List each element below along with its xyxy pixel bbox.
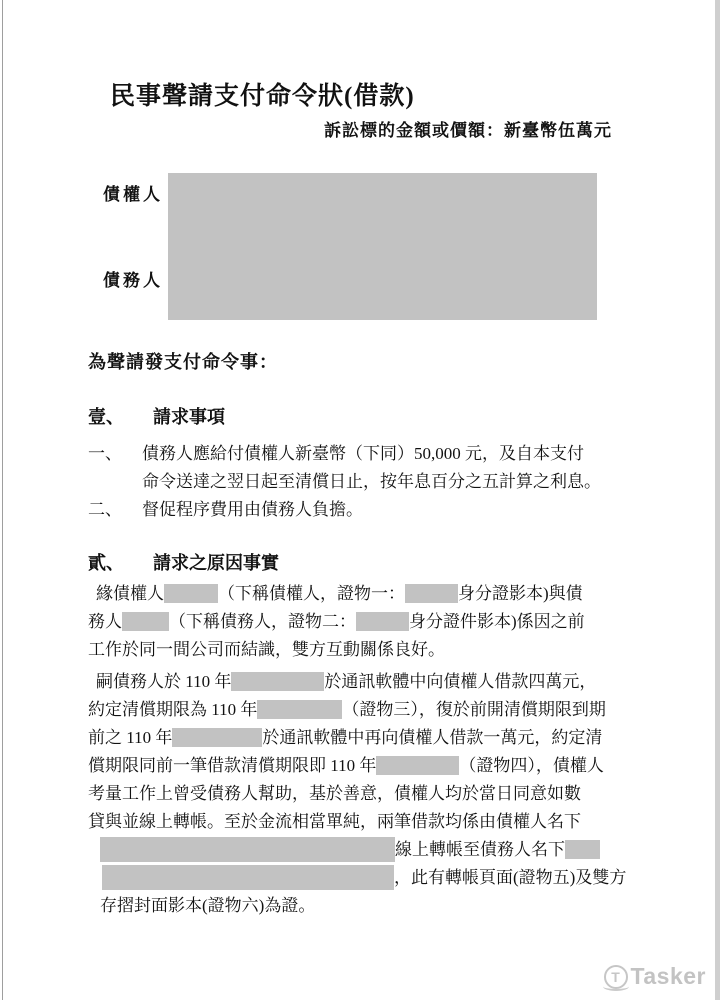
item2-marker: 二、: [88, 496, 142, 524]
tasker-brand-text: Tasker: [631, 963, 706, 990]
section2-marker: 貳、: [88, 551, 153, 575]
facts-paragraph-2: 嗣債務人於 110 年於通訊軟體中向債權人借款四萬元， 約定清償期限為 110 …: [88, 668, 648, 920]
redacted-text: [565, 840, 600, 859]
text-run: 償期限同前一筆借款清償期限即 110 年: [88, 756, 376, 775]
paragraph-line: 考量工作上曾受債務人幫助，基於善意，債權人均於當日同意如數: [88, 780, 648, 808]
section1-title: 請求事項: [153, 407, 225, 427]
redacted-text: [102, 865, 394, 890]
claim-item-1-line-2: 命令送達之翌日起至清償日止，按年息百分之五計算之利息。: [88, 468, 628, 496]
paragraph-line: 約定清償期限為 110 年（證物三），復於前開清償期限到期: [88, 696, 648, 724]
redacted-text: [356, 612, 409, 631]
text-run: （下稱債權人，證物一：: [218, 584, 405, 603]
paragraph-line: 嗣債務人於 110 年於通訊軟體中向債權人借款四萬元，: [88, 668, 648, 696]
redacted-text: [405, 584, 458, 603]
text-run: 約定清償期限為 110 年: [88, 700, 257, 719]
claim-amount-subtitle: 訴訟標的金額或價額：新臺幣伍萬元: [88, 119, 612, 143]
debtor-label: 債務人: [103, 266, 163, 291]
claim-item-1: 一、債務人應給付債權人新臺幣（下同）50,000 元，及自本支付 命令送達之翌日…: [88, 440, 628, 496]
text-run: ，此有轉帳頁面(證物五)及雙方: [394, 868, 626, 887]
parties-redacted-block: [168, 173, 597, 320]
text-run: 於通訊軟體中再向債權人借款一萬元，約定清: [262, 728, 602, 747]
text-run: 務人: [88, 612, 122, 631]
section1-marker: 壹、: [88, 405, 153, 429]
redacted-text: [376, 756, 459, 775]
claim-item-1-line-1: 一、債務人應給付債權人新臺幣（下同）50,000 元，及自本支付: [88, 440, 628, 468]
section2-title: 請求之原因事實: [153, 553, 279, 573]
paragraph-line: 線上轉帳至債務人名下: [88, 836, 648, 864]
parties-section: 債權人 債務人: [88, 173, 612, 320]
redacted-text: [257, 700, 342, 719]
text-run: （下稱債務人，證物二：: [169, 612, 356, 631]
document-title: 民事聲請支付命令狀(借款): [110, 80, 415, 114]
text-run: 嗣債務人於 110 年: [96, 672, 231, 691]
document-page: 民事聲請支付命令狀(借款) 訴訟標的金額或價額：新臺幣伍萬元 債權人 債務人 為…: [0, 0, 720, 1000]
paragraph-line: 務人（下稱債務人，證物二：身分證件影本)係因之前: [88, 608, 648, 636]
paragraph-line: 工作於同一間公司而結識，雙方互動關係良好。: [88, 636, 648, 664]
redacted-text: [231, 672, 324, 691]
redacted-text: [122, 612, 169, 631]
text-run: 身分證影本)與債: [458, 584, 583, 603]
text-run: （證物三），復於前開清償期限到期: [342, 700, 606, 719]
text-run: 命令送達之翌日起至清償日止，按年息百分之五計算之利息。: [142, 472, 601, 491]
paragraph-line: 緣債權人（下稱債權人，證物一：身分證影本)與債: [88, 580, 648, 608]
claim-item-2: 二、督促程序費用由債務人負擔。: [88, 496, 628, 524]
text-run: 債務人應給付債權人新臺幣（下同）50,000 元，及自本支付: [142, 444, 584, 463]
text-run: 前之 110 年: [88, 728, 172, 747]
redacted-text: [100, 837, 395, 862]
paragraph-line: 償期限同前一筆借款清償期限即 110 年（證物四），債權人: [88, 752, 648, 780]
page-edge-left: [2, 0, 3, 1000]
text-run: 緣債權人: [96, 584, 164, 603]
petition-preamble: 為聲請發支付命令事：: [88, 350, 278, 374]
page-edge-right: [715, 0, 720, 1000]
paragraph-line: 貸與並線上轉帳。至於金流相當單純，兩筆借款均係由債權人名下: [88, 808, 648, 836]
text-run: 考量工作上曾受債務人幫助，基於善意，債權人均於當日同意如數: [88, 784, 581, 803]
paragraph-line: 存摺封面影本(證物六)為證。: [88, 892, 648, 920]
claim-item-2-line-1: 二、督促程序費用由債務人負擔。: [88, 496, 628, 524]
text-run: 於通訊軟體中向債權人借款四萬元，: [324, 672, 596, 691]
section1-heading: 壹、請求事項: [88, 405, 225, 429]
redacted-text: [164, 584, 218, 603]
text-run: 身分證件影本)係因之前: [409, 612, 585, 631]
tasker-logo-icon: T: [604, 965, 628, 989]
tasker-watermark: T Tasker: [604, 963, 706, 990]
text-run: 貸與並線上轉帳。至於金流相當單純，兩筆借款均係由債權人名下: [88, 812, 581, 831]
section2-heading: 貳、請求之原因事實: [88, 551, 279, 575]
text-run: （證物四），債權人: [459, 756, 604, 775]
text-run: 督促程序費用由債務人負擔。: [142, 500, 363, 519]
text-run: 線上轉帳至債務人名下: [395, 840, 565, 859]
creditor-label: 債權人: [103, 180, 163, 205]
text-run: 存摺封面影本(證物六)為證。: [100, 896, 315, 915]
item1-marker: 一、: [88, 440, 142, 468]
paragraph-line: ，此有轉帳頁面(證物五)及雙方: [88, 864, 648, 892]
redacted-text: [172, 728, 262, 747]
paragraph-line: 前之 110 年於通訊軟體中再向債權人借款一萬元，約定清: [88, 724, 648, 752]
text-run: 工作於同一間公司而結識，雙方互動關係良好。: [88, 640, 445, 659]
facts-paragraph-1: 緣債權人（下稱債權人，證物一：身分證影本)與債 務人（下稱債務人，證物二：身分證…: [88, 580, 648, 664]
